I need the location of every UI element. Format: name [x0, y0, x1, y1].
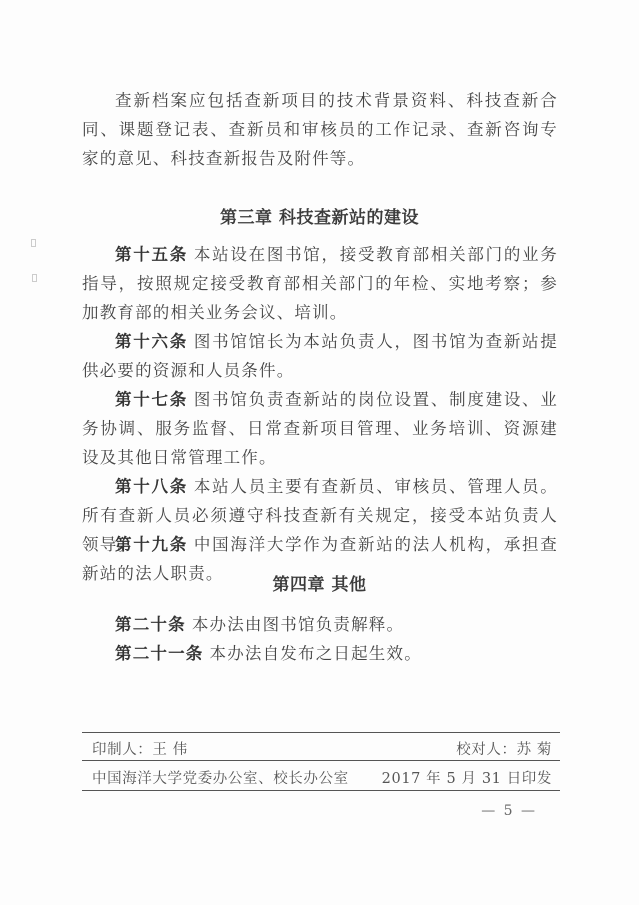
- footer-rule-bottom: [82, 790, 560, 791]
- issue-date: 2017 年 5 月 31 日印发: [382, 767, 552, 788]
- footer-print-row: 印制人：王 伟 校对人：苏 菊: [92, 738, 552, 759]
- article-15: 第十五条本站设在图书馆，接受教育部相关部门的业务指导，按照规定接受教育部相关部门…: [82, 240, 558, 327]
- chapter-3-title: 第三章 科技查新站的建设: [0, 203, 639, 228]
- proofreader-label: 校对人：苏 菊: [456, 738, 552, 759]
- footer-rule-top: [82, 732, 560, 733]
- margin-mark: [31, 239, 36, 247]
- article-label: 第二十条: [115, 615, 186, 634]
- article-label: 第十六条: [115, 332, 188, 351]
- article-20: 第二十条本办法由图书馆负责解释。: [82, 610, 558, 639]
- intro-paragraph: 查新档案应包括查新项目的技术背景资料、科技查新合同、课题登记表、查新员和审核员的…: [82, 86, 558, 173]
- article-label: 第十五条: [115, 245, 188, 264]
- article-label: 第十九条: [115, 535, 188, 554]
- page-number: — 5 —: [481, 803, 537, 819]
- article-text: 本办法由图书馆负责解释。: [192, 615, 404, 634]
- article-label: 第十八条: [115, 477, 188, 496]
- article-label: 第二十一条: [115, 644, 204, 663]
- printer-label: 印制人：王 伟: [92, 738, 188, 759]
- footer-issue-row: 中国海洋大学党委办公室、校长办公室 2017 年 5 月 31 日印发: [92, 767, 552, 788]
- chapter-4-title: 第四章 其他: [0, 570, 639, 595]
- margin-mark: [32, 274, 37, 282]
- article-17: 第十七条图书馆负责查新站的岗位设置、制度建设、业务协调、服务监督、日常查新项目管…: [82, 385, 558, 472]
- article-text: 本办法自发布之日起生效。: [210, 644, 422, 663]
- article-16: 第十六条图书馆馆长为本站负责人，图书馆为查新站提供必要的资源和人员条件。: [82, 327, 558, 385]
- footer-rule-middle: [82, 760, 560, 761]
- issuer-label: 中国海洋大学党委办公室、校长办公室: [92, 767, 349, 788]
- article-label: 第十七条: [115, 390, 188, 409]
- document-page: 查新档案应包括查新项目的技术背景资料、科技查新合同、课题登记表、查新员和审核员的…: [0, 0, 639, 905]
- article-21: 第二十一条本办法自发布之日起生效。: [82, 639, 558, 668]
